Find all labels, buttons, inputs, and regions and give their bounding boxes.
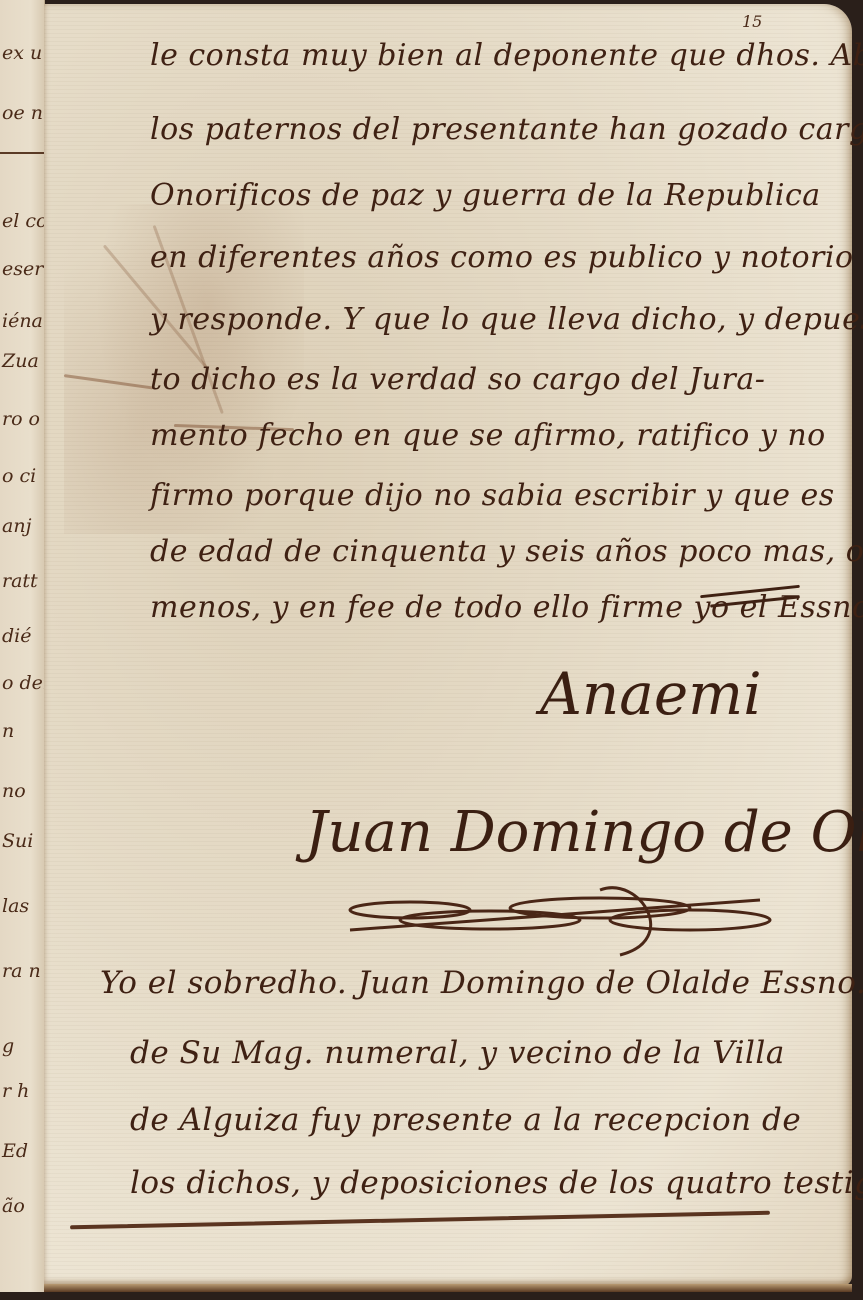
facing-fragment: iéna [2,310,43,332]
folio-number: 15 [742,12,762,31]
facing-fragment: Zua [2,350,39,372]
facing-fragment: n [2,720,14,742]
text-line: menos, y en fee de todo ello firme yo el… [150,590,863,625]
notary-rubric-flourish [340,880,780,960]
text-line: mento fecho en que se afirmo, ratifico y… [150,418,826,453]
text-line: firmo porque dijo no sabia escribir y qu… [150,478,835,513]
facing-rule [0,152,44,154]
facing-fragment: ex u [2,42,42,64]
facing-fragment: dié [2,625,31,647]
text-line: en diferentes años como es publico y not… [150,240,854,275]
closing-line: de Alguiza fuy presente a la recepcion d… [130,1102,801,1138]
facing-fragment: Sui [2,830,33,852]
text-line: to dicho es la verdad so cargo del Jura- [150,362,765,397]
facing-fragment: oe n [2,102,43,124]
facing-fragment: las [2,895,29,917]
facing-fragment: ão [2,1195,25,1217]
text-line: Onorificos de paz y guerra de la Republi… [150,178,821,213]
facing-fragment: el com [2,210,45,232]
text-line: y responde. Y que lo que lleva dicho, y … [150,302,863,337]
closing-line: Yo el sobredho. Juan Domingo de Olalde E… [100,965,863,1001]
facing-fragment: ra n [2,960,41,982]
closing-line: los dichos, y deposiciones de los quatro… [130,1165,863,1201]
facing-fragment: r h [2,1080,29,1102]
facing-fragment: g [2,1035,14,1057]
facing-page-edge: ex u oe n el com eseru iéna Zua ro o o c… [0,0,45,1292]
facing-fragment: eseru [2,258,45,280]
facing-fragment: anj [2,515,31,537]
text-line: le consta muy bien al deponente que dhos… [150,38,863,73]
text-line: los paternos del presentante han gozado … [150,112,863,147]
torn-page-edge [44,1284,852,1292]
facing-fragment: no [2,780,26,802]
facing-fragment: o ci [2,465,36,487]
facing-fragment: ro o [2,408,40,430]
closing-line: de Su Mag. numeral, y vecino de la Villa [130,1035,785,1071]
facing-fragment: ratt [2,570,38,592]
facing-fragment: Ed [2,1140,28,1162]
facing-fragment: o dei [2,672,45,694]
signature-primary: Anaemi [540,660,762,728]
signature-notary: Juan Domingo de Olalde [305,800,863,865]
text-line: de edad de cinquenta y seis años poco ma… [150,534,863,569]
